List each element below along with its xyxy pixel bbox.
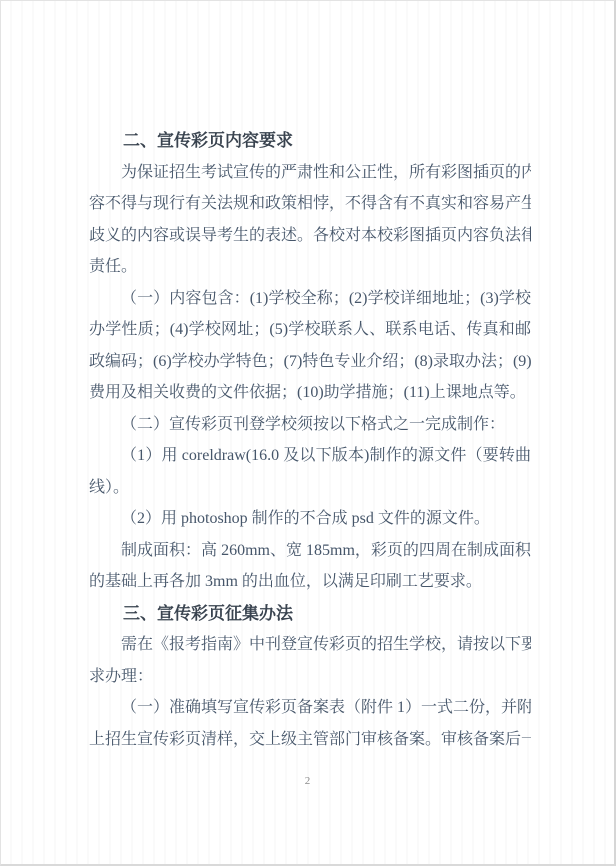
document-line: 制成面积：高 260mm、宽 185mm，彩页的四周在制成面积	[89, 535, 531, 567]
document-line: （二）宣传彩页刊登学校须按以下格式之一完成制作：	[89, 409, 531, 441]
document-content: 二、宣传彩页内容要求 为保证招生考试宣传的严肃性和公正性，所有彩图插页的内 容不…	[89, 125, 531, 755]
document-line: 需在《报考指南》中刊登宣传彩页的招生学校，请按以下要	[89, 629, 531, 661]
document-line: 责任。	[89, 251, 531, 283]
document-line: 求办理：	[89, 661, 531, 693]
document-line: （1）用 coreldraw(16.0 及以下版本)制作的源文件（要转曲	[89, 440, 531, 472]
document-line: 费用及相关收费的文件依据；(10)助学措施；(11)上课地点等。	[89, 377, 531, 409]
document-line: 为保证招生考试宣传的严肃性和公正性，所有彩图插页的内	[89, 157, 531, 189]
section-heading-2: 二、宣传彩页内容要求	[89, 125, 531, 157]
section-heading-3: 三、宣传彩页征集办法	[89, 598, 531, 630]
document-page: 二、宣传彩页内容要求 为保证招生考试宣传的严肃性和公正性，所有彩图插页的内 容不…	[0, 0, 616, 866]
document-line: （2）用 photoshop 制作的不合成 psd 文件的源文件。	[89, 503, 531, 535]
document-line: （一）准确填写宣传彩页备案表（附件 1）一式二份，并附	[89, 692, 531, 724]
document-line: 政编码；(6)学校办学特色；(7)特色专业介绍；(8)录取办法；(9)	[89, 346, 531, 378]
page-number: 2	[1, 775, 614, 787]
document-line: 上招生宣传彩页清样，交上级主管部门审核备案。审核备案后一	[89, 724, 531, 756]
document-line: 容不得与现行有关法规和政策相悖，不得含有不真实和容易产生	[89, 188, 531, 220]
document-line: 的基础上再各加 3mm 的出血位，以满足印刷工艺要求。	[89, 566, 531, 598]
document-line: （一）内容包含：(1)学校全称；(2)学校详细地址；(3)学校	[89, 283, 531, 315]
document-line: 歧义的内容或误导考生的表述。各校对本校彩图插页内容负法律	[89, 220, 531, 252]
document-line: 线）。	[89, 472, 531, 504]
document-line: 办学性质；(4)学校网址；(5)学校联系人、联系电话、传真和邮	[89, 314, 531, 346]
